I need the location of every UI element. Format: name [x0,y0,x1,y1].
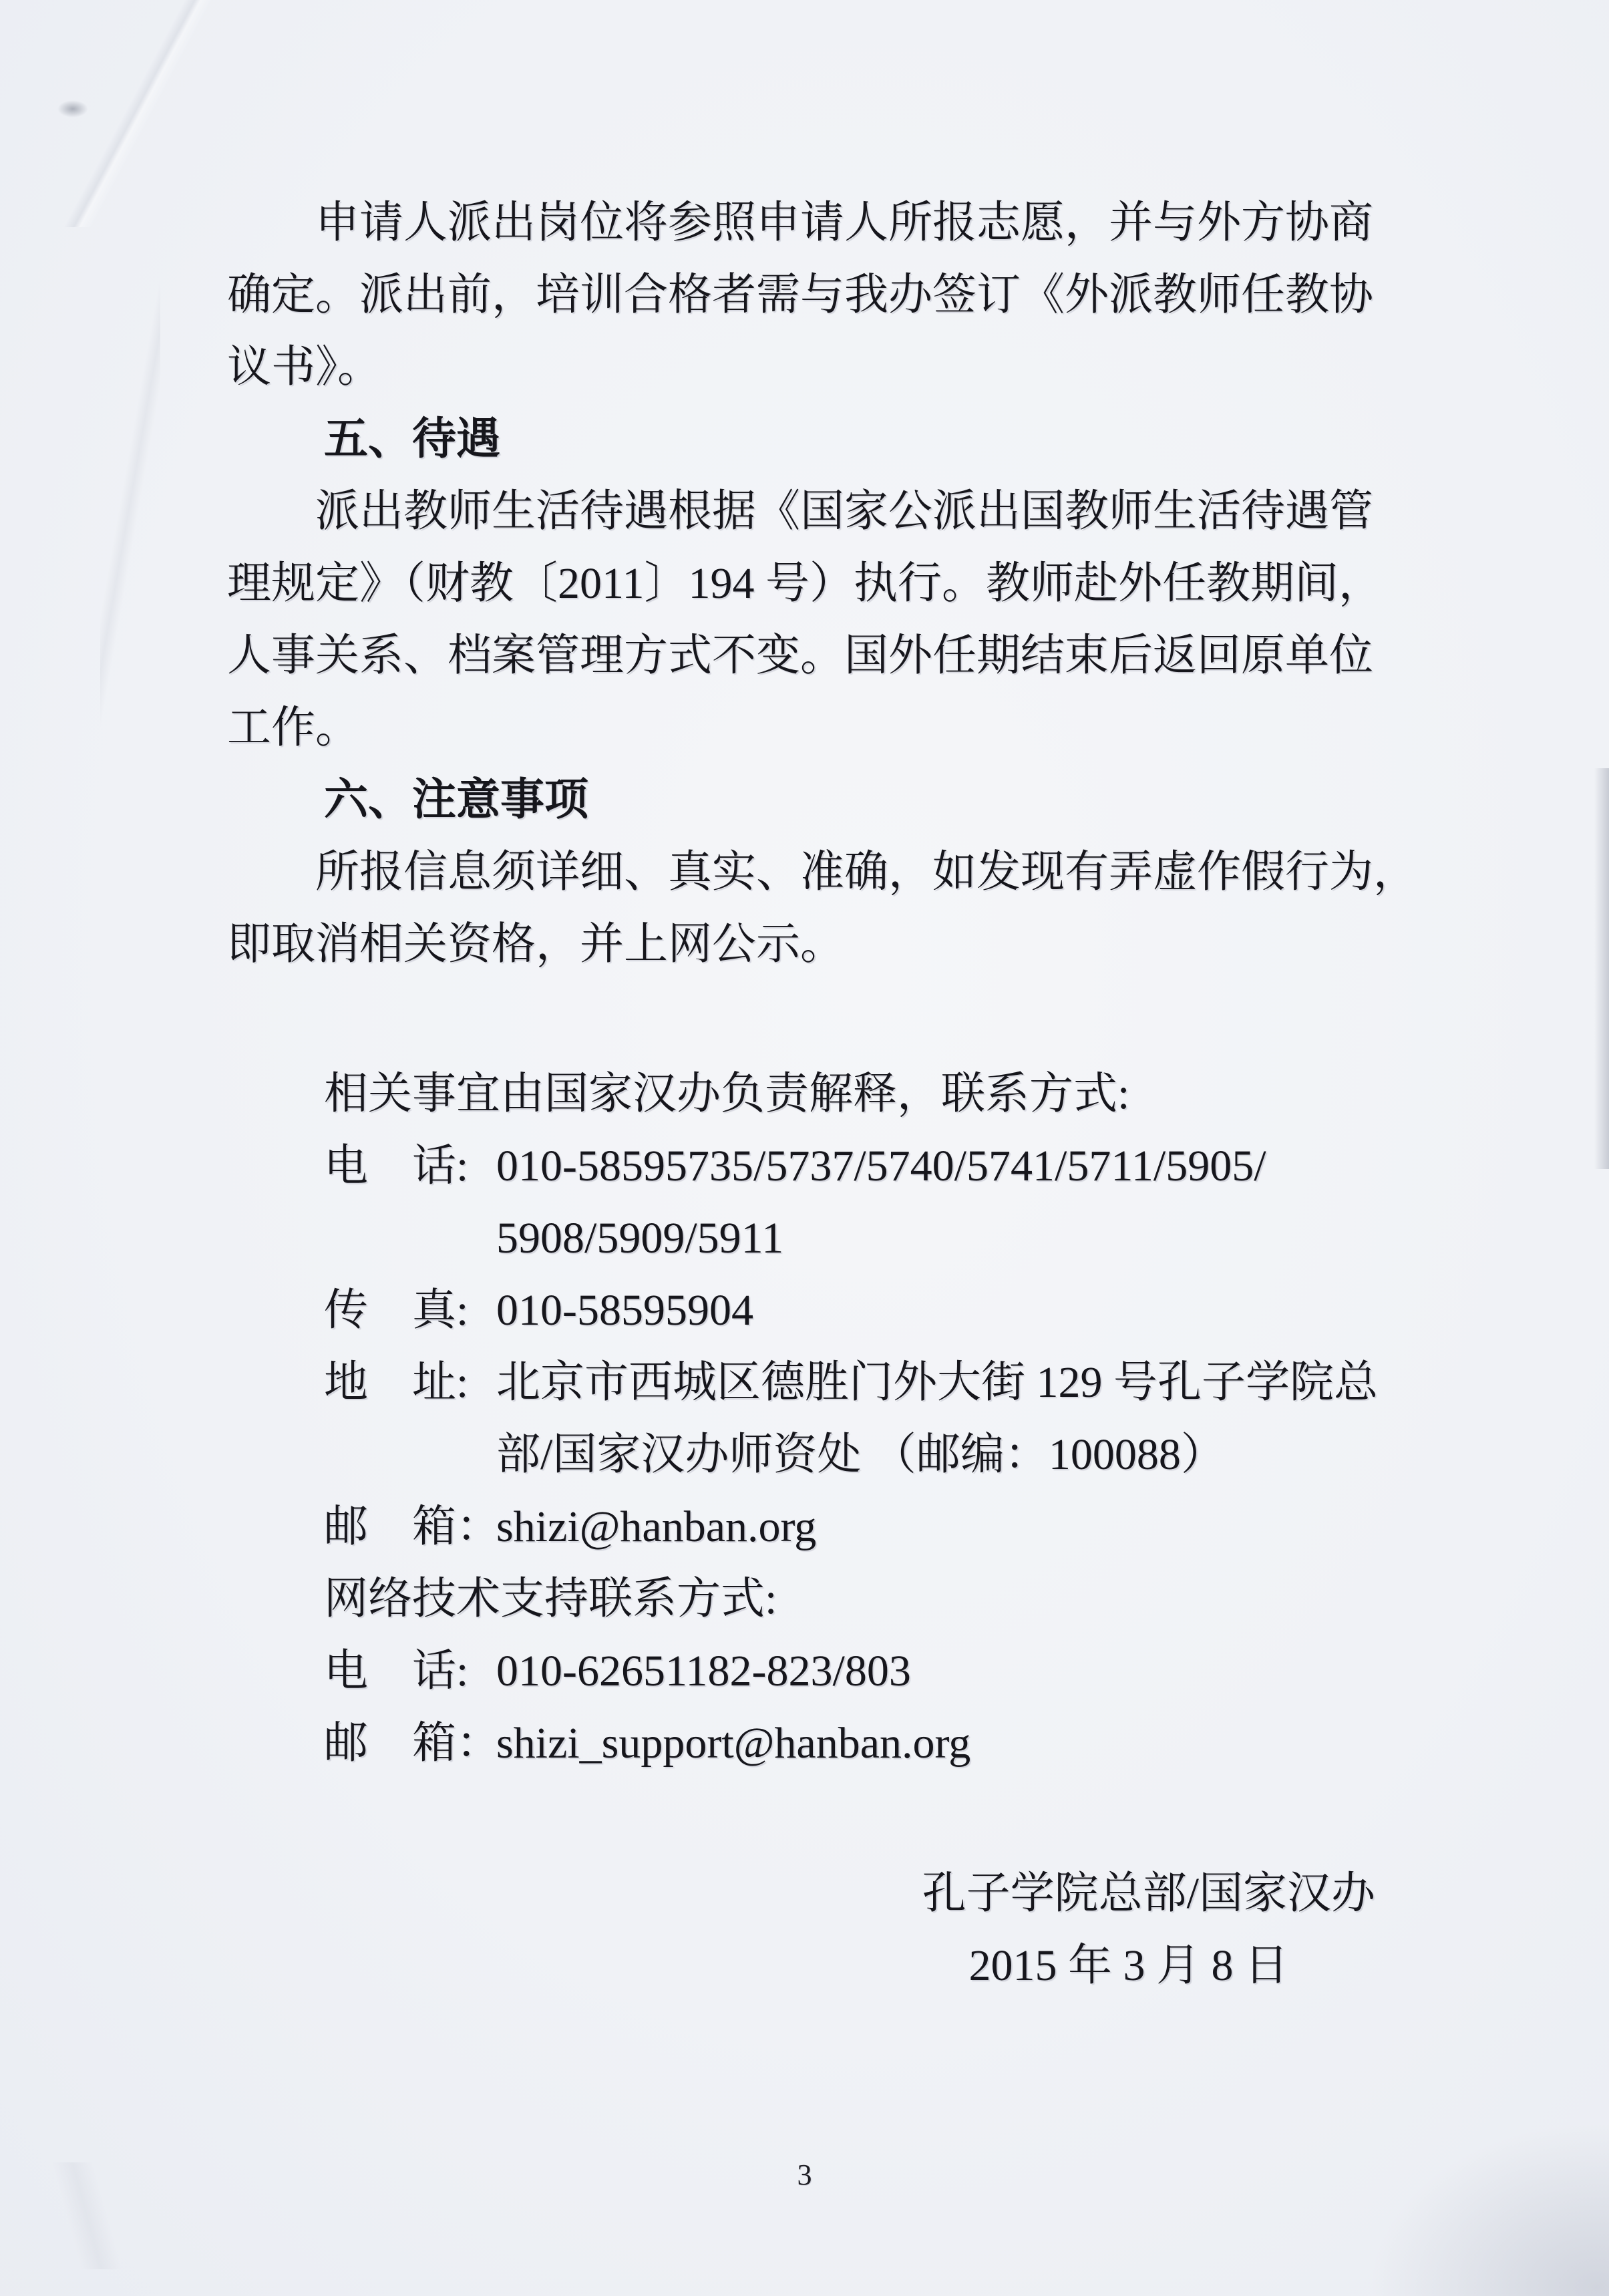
contact-intro: 相关事宜由国家汉办负责解释，联系方式: [227,1058,1392,1130]
paragraph-dispatch-position: 申请人派出岗位将参照申请人所报志愿，并与外方协商确定。派出前，培训合格者需与我办… [227,187,1392,403]
tech-support-intro: 网络技术支持联系方式: [227,1563,1392,1635]
text-line: 即取消相关资格，并上网公示。 [227,909,1392,981]
scanned-document-page: 申请人派出岗位将参照申请人所报志愿，并与外方协商确定。派出前，培训合格者需与我办… [0,0,1609,2296]
contact-address-label: 地 址: [324,1347,496,1419]
paragraph-treatment: 派出教师生活待遇根据《国家公派出国教师生活待遇管理规定》（财教〔2011〕194… [227,476,1392,764]
paragraph-notes: 所报信息须详细、真实、准确，如发现有弄虚作假行为，即取消相关资格，并上网公示。 [227,836,1392,981]
tech-phone-row: 电 话:010-62651182-823/803 [227,1635,1392,1707]
scan-speck [57,100,88,118]
tech-email-label: 邮 箱： [324,1707,496,1780]
contact-address-value-continued: 部/国家汉办师资处 （邮编：100088） [227,1419,1392,1491]
text-line: 人事关系、档案管理方式不变。国外任期结束后返回原单位 [227,620,1392,692]
text-line: 确定。派出前，培训合格者需与我办签订《外派教师任教协 [227,259,1392,331]
signature-organization: 孔子学院总部/国家汉办 [227,1858,1392,1930]
contact-fax-row: 传 真:010-58595904 [227,1275,1392,1347]
contact-phone-label: 电 话: [324,1130,496,1202]
tech-email-row: 邮 箱：shizi_support@hanban.org [227,1707,1392,1780]
contact-email-row: 邮 箱：shizi@hanban.org [227,1491,1392,1563]
page-number: 3 [0,2155,1609,2195]
section-heading-5: 五、待遇 [227,403,1392,476]
signature-block: 孔子学院总部/国家汉办 2015 年 3 月 8 日 [227,1858,1392,2002]
tech-email-value: shizi_support@hanban.org [496,1719,970,1768]
contact-phone-value: 010-58595735/5737/5740/5741/5711/5905/ [496,1142,1266,1190]
section-heading-6: 六、注意事项 [227,764,1392,836]
document-body: 申请人派出岗位将参照申请人所报志愿，并与外方协商确定。派出前，培训合格者需与我办… [227,187,1392,2002]
contact-address-row: 地 址:北京市西城区德胜门外大街 129 号孔子学院总 [227,1347,1392,1419]
contact-phone-row: 电 话:010-58595735/5737/5740/5741/5711/590… [227,1130,1392,1202]
text-line: 工作。 [227,692,1392,764]
contact-email-value: shizi@hanban.org [496,1502,816,1551]
contact-address-value: 北京市西城区德胜门外大街 129 号孔子学院总 [496,1358,1378,1407]
scan-shadow-right-edge [1594,768,1609,1169]
contact-email-label: 邮 箱： [324,1491,496,1563]
contact-fax-value: 010-58595904 [496,1286,753,1335]
text-line: 申请人派出岗位将参照申请人所报志愿，并与外方协商 [227,187,1392,259]
scan-crease-left [100,200,160,802]
text-line: 所报信息须详细、真实、准确，如发现有弄虚作假行为， [227,836,1392,909]
contact-block: 相关事宜由国家汉办负责解释，联系方式: 电 话:010-58595735/573… [227,1058,1392,1780]
tech-phone-label: 电 话: [324,1635,496,1707]
scan-fold-bottom-right [1369,2122,1609,2296]
contact-fax-label: 传 真: [324,1275,496,1347]
text-line: 派出教师生活待遇根据《国家公派出国教师生活待遇管 [227,476,1392,548]
text-line: 议书》。 [227,331,1392,403]
text-line: 理规定》（财教〔2011〕194 号）执行。教师赴外任教期间， [227,548,1392,620]
contact-phone-value-continued: 5908/5909/5911 [227,1202,1392,1275]
tech-phone-value: 010-62651182-823/803 [496,1647,911,1695]
signature-date: 2015 年 3 月 8 日 [227,1930,1392,2002]
